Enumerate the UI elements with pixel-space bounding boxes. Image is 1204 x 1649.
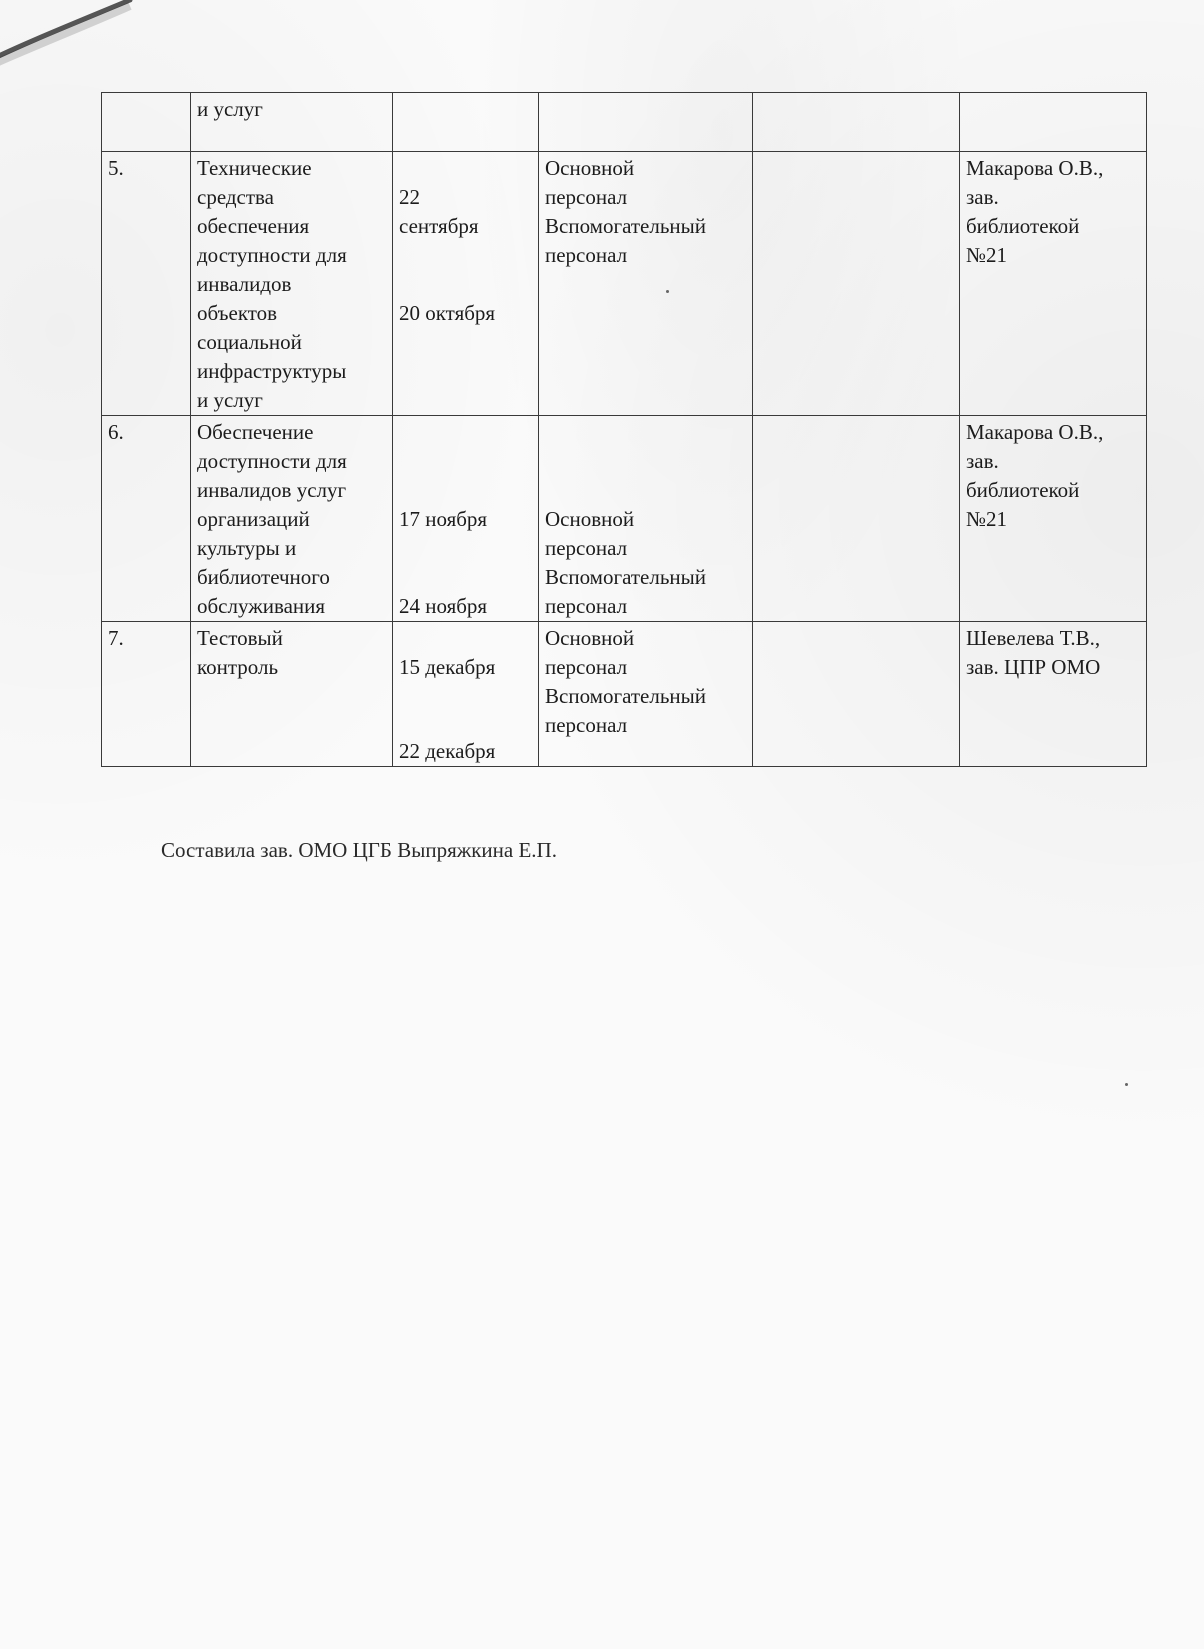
table-row: и услуг xyxy=(102,93,1147,152)
audience-cell: Основной персонал Вспомогательный персон… xyxy=(539,152,753,416)
extra-cell xyxy=(753,416,960,622)
responsible-cell xyxy=(960,93,1147,152)
topic-cell: Обеспечение доступности для инвалидов ус… xyxy=(191,416,393,622)
extra-cell xyxy=(753,152,960,416)
dates-cell xyxy=(393,93,539,152)
audience-cell xyxy=(539,93,753,152)
responsible-cell: Макарова О.В., зав. библиотекой №21 xyxy=(960,416,1147,622)
table-row: 5. Технические средства обеспечения дост… xyxy=(102,152,1147,416)
row-number-cell: 7. xyxy=(102,622,191,767)
dates-cell: 15 декабря 22 декабря xyxy=(393,622,539,767)
table-row: 7. Тестовый контроль 15 декабря 22 декаб… xyxy=(102,622,1147,767)
row-number-cell xyxy=(102,93,191,152)
training-schedule-table: и услуг 5. Технические средства обеспече… xyxy=(101,92,1147,767)
audience-cell: Основной персонал Вспомогательный персон… xyxy=(539,416,753,622)
scan-speck xyxy=(1125,1083,1128,1086)
table-row: 6. Обеспечение доступности для инвалидов… xyxy=(102,416,1147,622)
date-1: 22 сентября xyxy=(399,185,479,238)
date-2: 22 декабря xyxy=(399,739,495,763)
row-number-cell: 5. xyxy=(102,152,191,416)
compiled-by-note: Составила зав. ОМО ЦГБ Выпряжкина Е.П. xyxy=(161,838,557,863)
date-1: 15 декабря xyxy=(399,655,495,679)
responsible-cell: Макарова О.В., зав. библиотекой №21 xyxy=(960,152,1147,416)
row-number-cell: 6. xyxy=(102,416,191,622)
topic-cell: Тестовый контроль xyxy=(191,622,393,767)
page-fold-mark xyxy=(0,0,160,80)
responsible-cell: Шевелева Т.В., зав. ЦПР ОМО xyxy=(960,622,1147,767)
scan-speck xyxy=(666,290,669,293)
topic-cell: Технические средства обеспечения доступн… xyxy=(191,152,393,416)
date-1: 17 ноября xyxy=(399,507,487,531)
audience-text: Основной персонал Вспомогательный персон… xyxy=(545,507,706,618)
dates-cell: 17 ноября 24 ноября xyxy=(393,416,539,622)
date-2: 24 ноября xyxy=(399,594,487,618)
topic-cell: и услуг xyxy=(191,93,393,152)
extra-cell xyxy=(753,93,960,152)
audience-cell: Основной персонал Вспомогательный персон… xyxy=(539,622,753,767)
date-2: 20 октября xyxy=(399,301,495,325)
dates-cell: 22 сентября 20 октября xyxy=(393,152,539,416)
extra-cell xyxy=(753,622,960,767)
